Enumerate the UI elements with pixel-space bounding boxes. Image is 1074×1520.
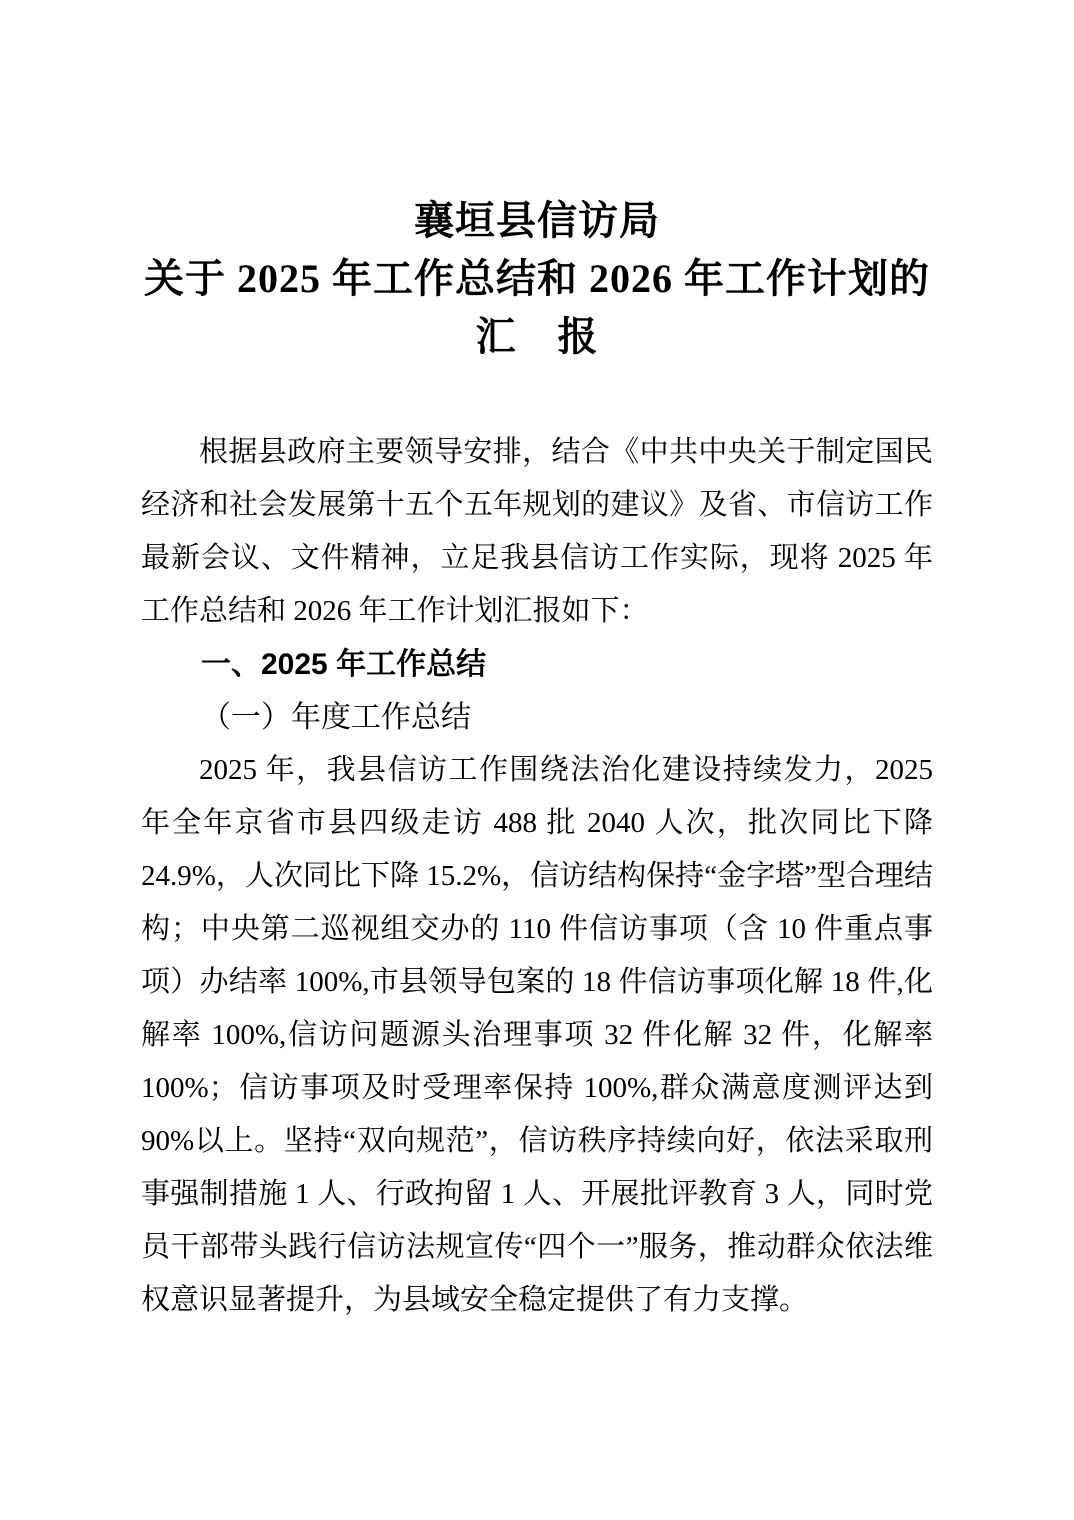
document-page: 襄垣县信访局 关于 2025 年工作总结和 2026 年工作计划的 汇 报 根据…: [0, 0, 1074, 1520]
document-title: 襄垣县信访局 关于 2025 年工作总结和 2026 年工作计划的 汇 报: [0, 0, 1074, 366]
subsection-heading-annual-work-summary: （一）年度工作总结: [141, 691, 933, 744]
section-heading-2025-work-summary: 一、2025 年工作总结: [141, 638, 933, 691]
intro-paragraph: 根据县政府主要领导安排，结合《中共中央关于制定国民经济和社会发展第十五个五年规划…: [141, 426, 933, 638]
title-line-org-name: 襄垣县信访局: [0, 192, 1074, 250]
annual-summary-paragraph: 2025 年，我县信访工作围绕法治化建设持续发力，2025 年全年京省市县四级走…: [141, 744, 933, 1327]
title-line-doc-type: 汇 报: [0, 308, 1074, 366]
document-body: 根据县政府主要领导安排，结合《中共中央关于制定国民经济和社会发展第十五个五年规划…: [141, 426, 933, 1327]
title-line-subject: 关于 2025 年工作总结和 2026 年工作计划的: [0, 250, 1074, 308]
